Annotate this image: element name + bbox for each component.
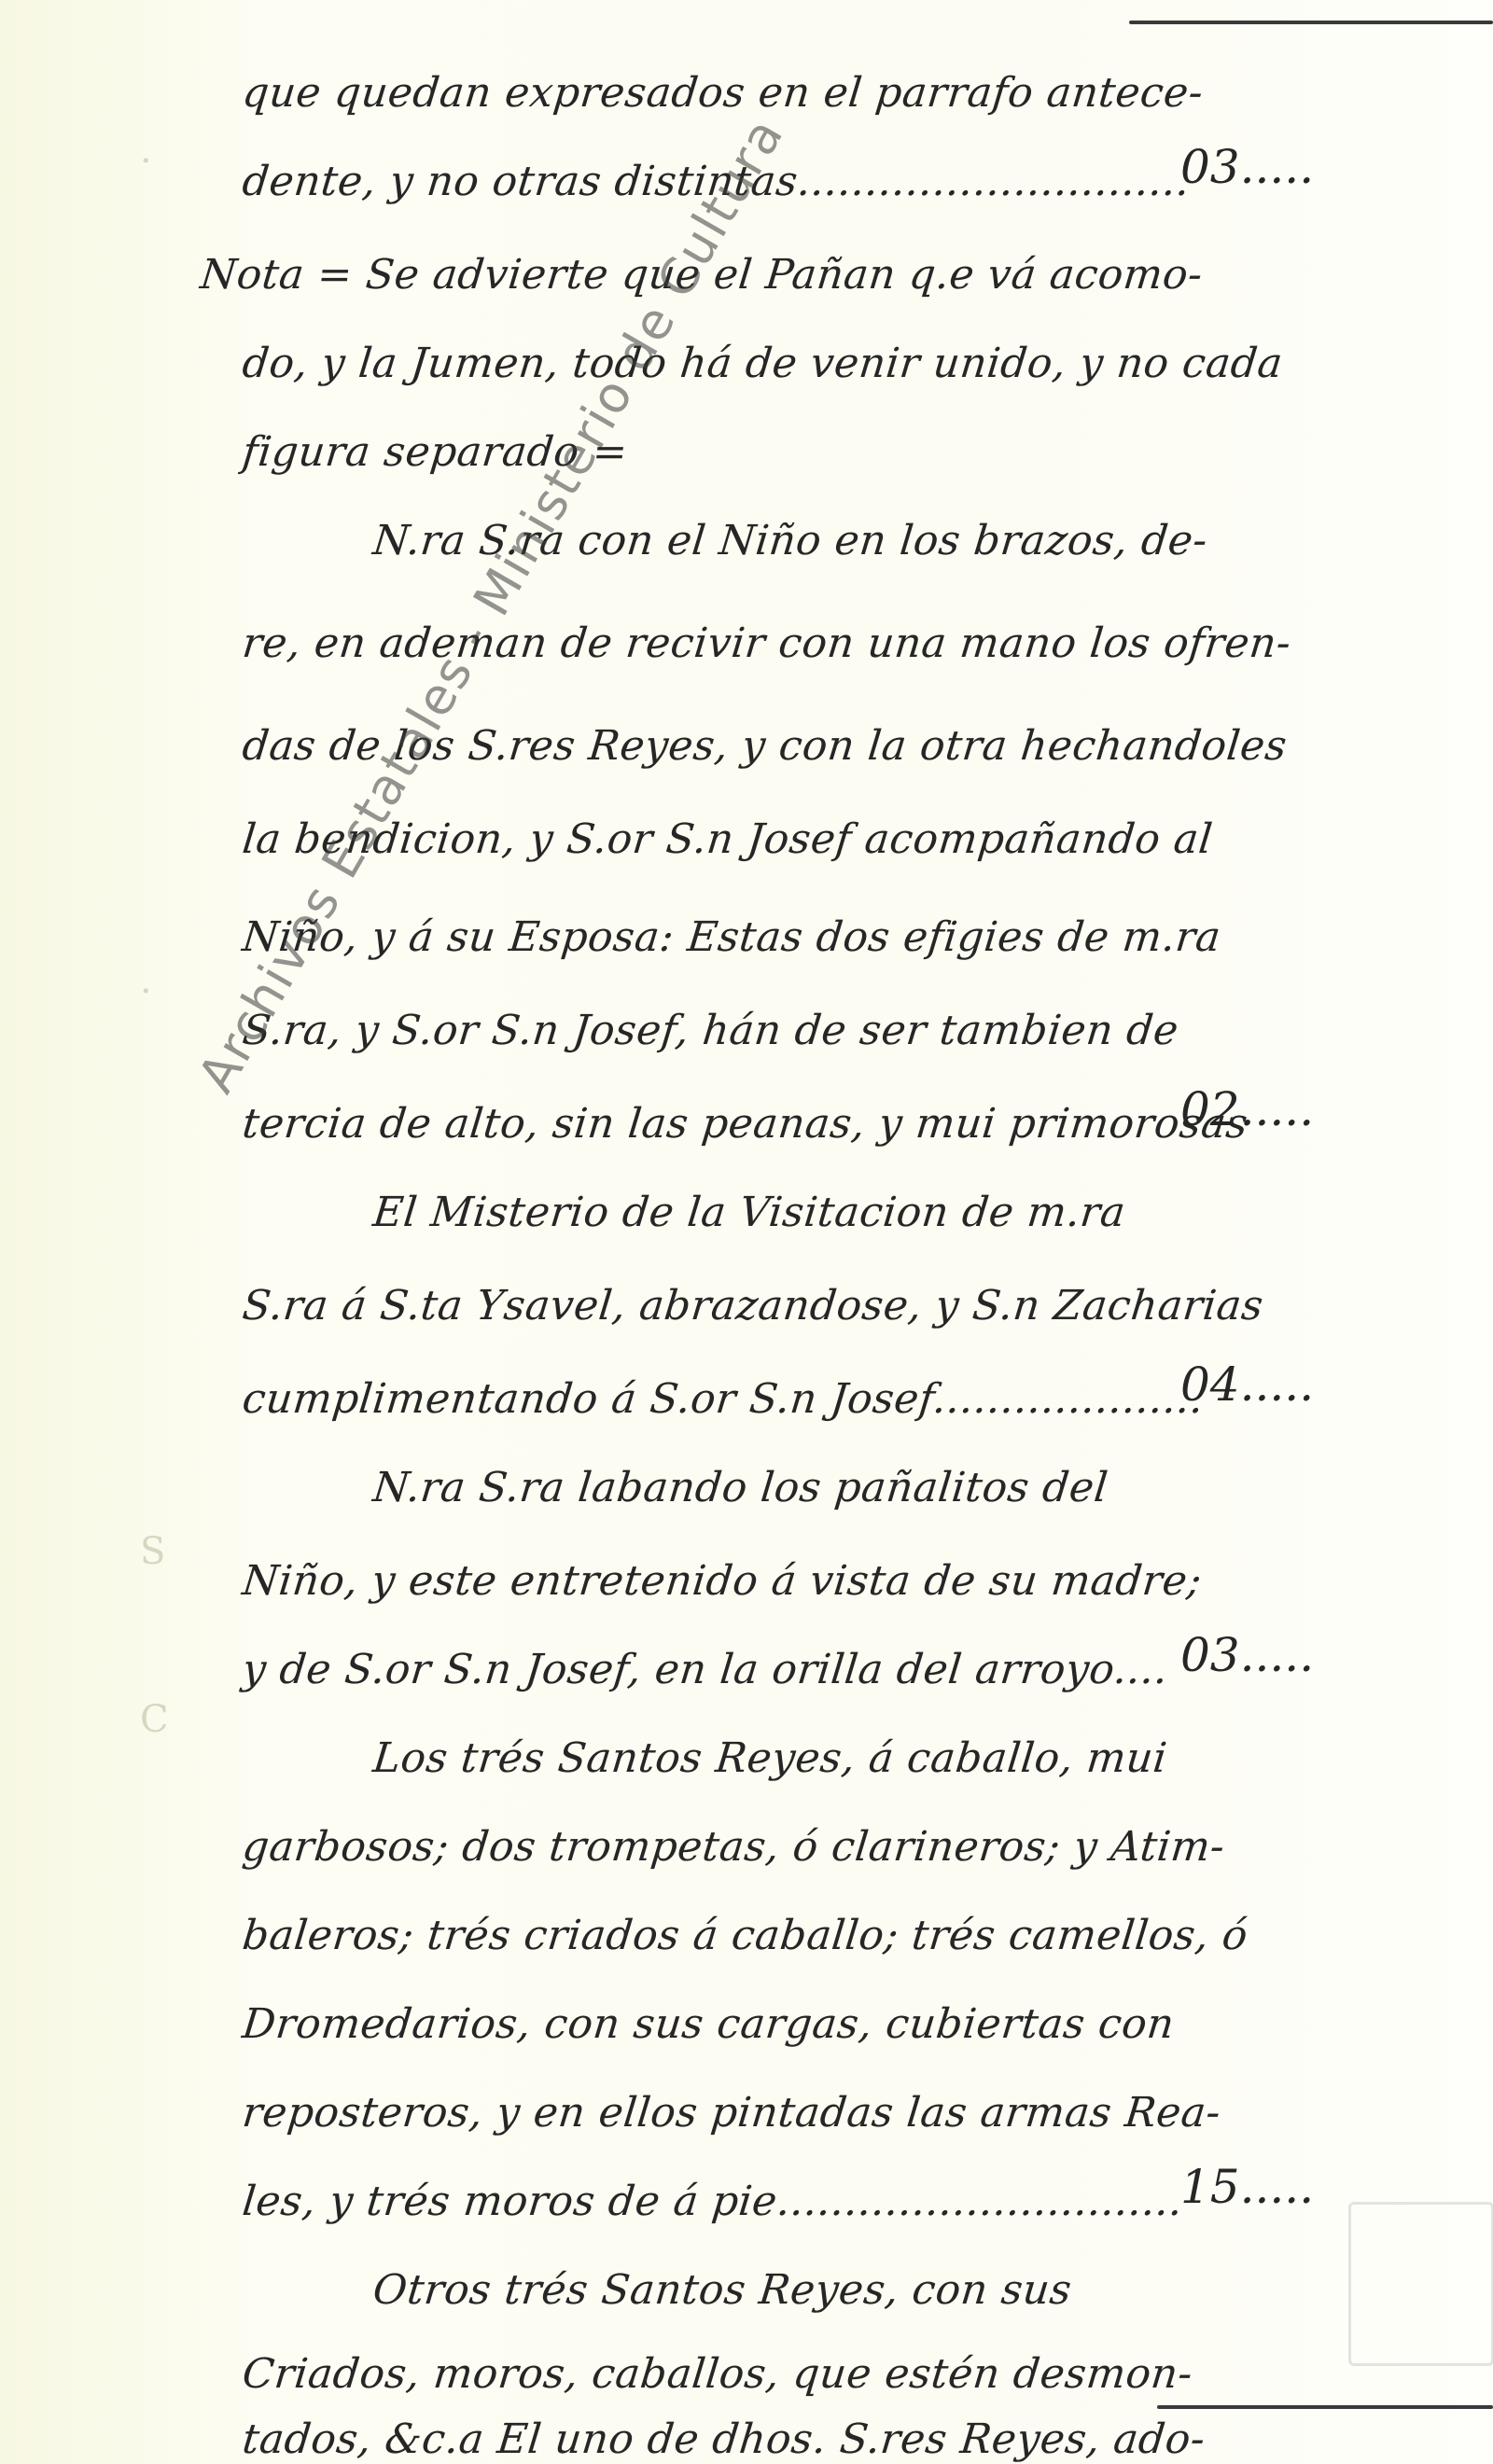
manuscript-line: cumplimentando á S.or S.n Josef.........… [240,1371,1141,1427]
manuscript-line: Dromedarios, con sus cargas, cubiertas c… [240,1997,1141,2053]
amount-entry: 03..... [1180,1628,1314,1682]
margin-mark: · [140,970,152,1013]
amount-entry: 15..... [1180,2160,1314,2214]
manuscript-line: Los trés Santos Reyes, á caballo, mui [370,1731,1272,1787]
manuscript-line: do, y la Jumen, todo há de venir unido, … [240,336,1141,392]
manuscript-line: Criados, moros, caballos, que estén desm… [240,2346,1141,2402]
manuscript-line: Niño, y á su Esposa: Estas dos efigies d… [240,910,1141,966]
margin-mark: C [140,1698,169,1741]
manuscript-line: que quedan expresados en el parrafo ante… [240,65,1141,121]
manuscript-line: y de S.or S.n Josef, en la orilla del ar… [240,1642,1141,1698]
amount-entry: 02..... [1180,1082,1314,1136]
amount-entry: 03..... [1180,140,1314,194]
manuscript-page: que quedan expresados en el parrafo ante… [0,0,1493,2464]
manuscript-line: les, y trés moros de á pie..............… [240,2174,1141,2230]
bottom-ruled-line [1157,2405,1493,2409]
top-ruled-line [1129,21,1493,24]
manuscript-line: El Misterio de la Visitacion de m.ra [370,1185,1272,1241]
manuscript-line: Otros trés Santos Reyes, con sus [370,2262,1272,2318]
manuscript-line: figura separado = [240,425,1141,480]
amount-entry: 04..... [1180,1357,1314,1412]
manuscript-line: S.ra, y S.or S.n Josef, hán de ser tambi… [240,1003,1141,1059]
manuscript-line: Niño, y este entretenido á vista de su m… [240,1553,1141,1609]
manuscript-line: reposteros, y en ellos pintadas las arma… [240,2085,1141,2141]
faded-stamp [1348,2202,1493,2366]
manuscript-line: tercia de alto, sin las peanas, y mui pr… [240,1096,1141,1152]
manuscript-line: baleros; trés criados á caballo; trés ca… [240,1908,1141,1964]
margin-mark: · [140,140,152,183]
manuscript-line: tados, &c.a El uno de dhos. S.res Reyes,… [240,2412,1141,2464]
manuscript-line: S.ra á S.ta Ysavel, abrazandose, y S.n Z… [240,1278,1141,1334]
margin-mark: S [140,1530,165,1573]
manuscript-line: re, en ademan de recivir con una mano lo… [240,616,1141,672]
manuscript-line: garbosos; dos trompetas, ó clarineros; y… [240,1819,1141,1875]
manuscript-line: N.ra S.ra labando los pañalitos del [370,1460,1272,1516]
